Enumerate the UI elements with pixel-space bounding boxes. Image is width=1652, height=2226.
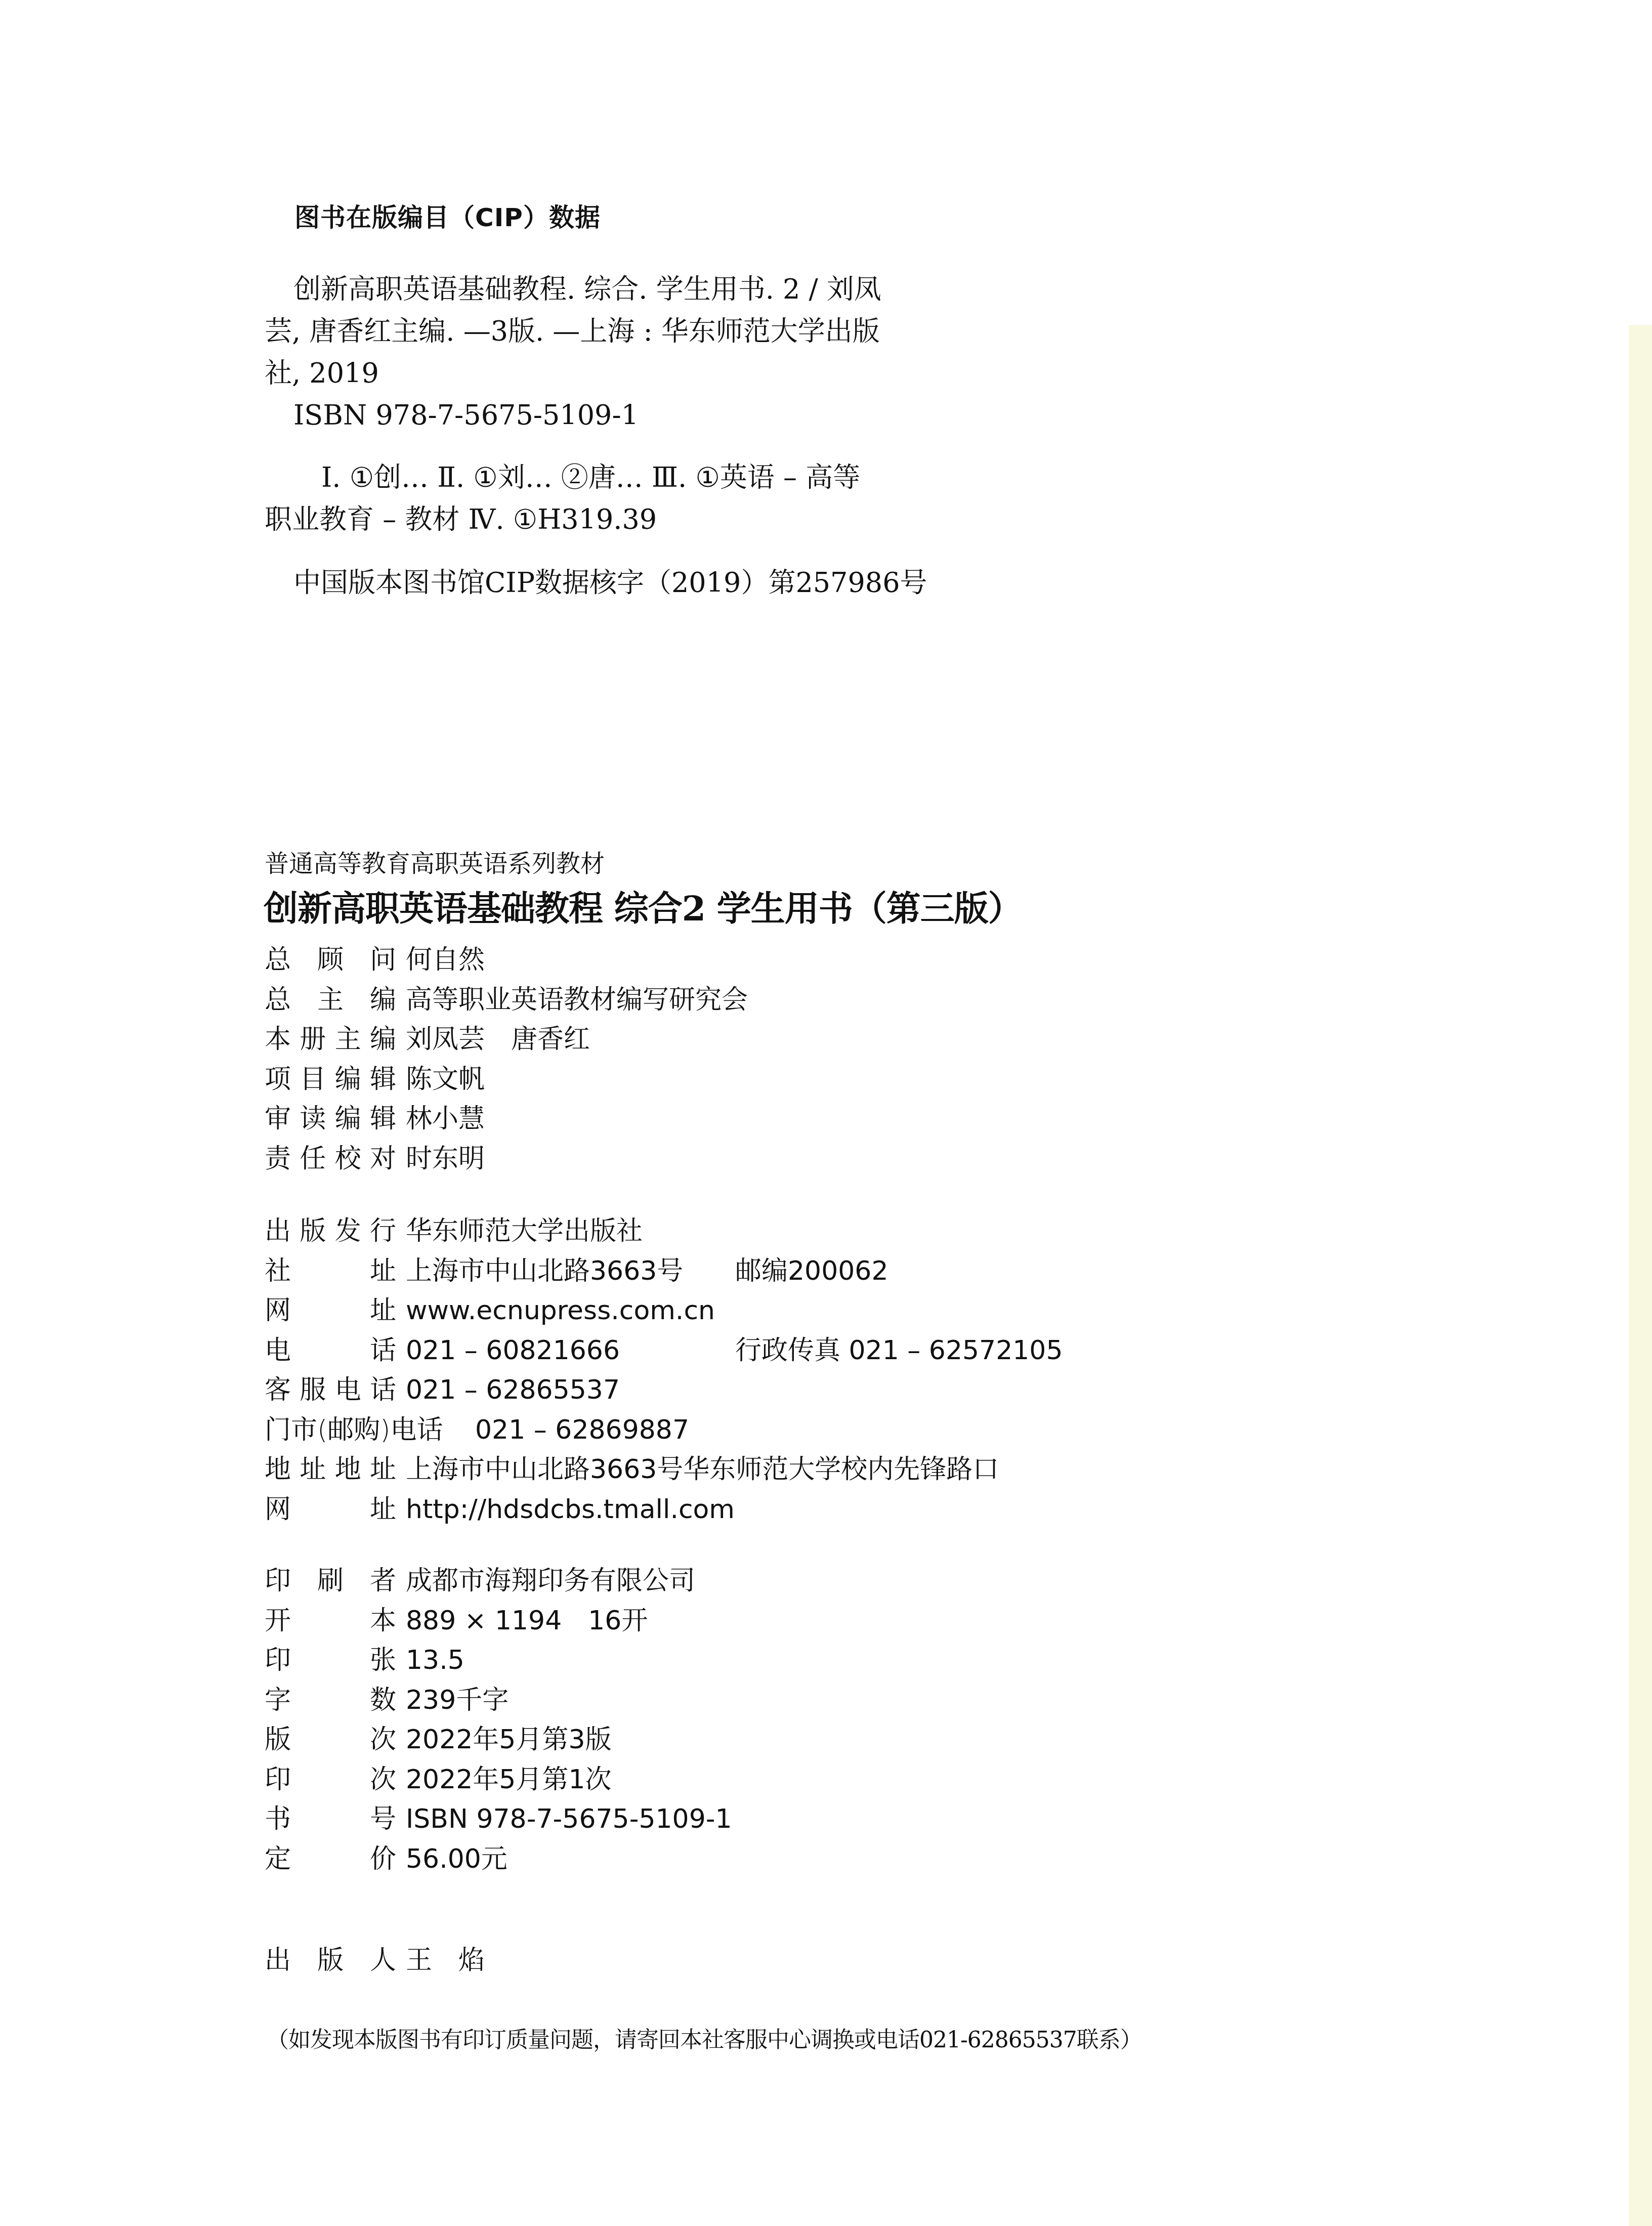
publisher-value: 华东师范大学出版社 bbox=[406, 1211, 643, 1251]
print-value: 2022年5月第1次 bbox=[406, 1760, 612, 1799]
credit-label: 审读编辑 bbox=[265, 1099, 396, 1139]
print-value: 239千字 bbox=[406, 1681, 509, 1720]
publisher-label: 出版发行 bbox=[265, 1211, 396, 1251]
page-edge-strip bbox=[1629, 325, 1652, 2226]
credit-value: 林小慧 bbox=[406, 1099, 485, 1139]
credit-value: 高等职业英语教材编写研究会 bbox=[406, 980, 748, 1020]
credit-label: 责任校对 bbox=[265, 1139, 396, 1179]
print-label: 印张 bbox=[265, 1641, 396, 1680]
credit-label: 本册主编 bbox=[265, 1020, 396, 1059]
publisher-value: 021 – 62869887 bbox=[475, 1410, 689, 1450]
cip-classification: Ⅰ. ①创… Ⅱ. ①刘… ②唐… Ⅲ. ①英语 – 高等 职业教育 – 教材 … bbox=[265, 456, 907, 540]
price-value: 56.00元 bbox=[406, 1839, 507, 1879]
cip-description-line: 创新高职英语基础教程. 综合. 学生用书. 2 / 刘凤 bbox=[265, 268, 907, 310]
publisher-value: 021 – 60821666 bbox=[406, 1331, 620, 1370]
website-link[interactable]: www.ecnupress.com.cn bbox=[406, 1291, 715, 1330]
publisher-value: 021 – 62865537 bbox=[406, 1370, 620, 1410]
cip-classification-line: 职业教育 – 教材 Ⅳ. ①H319.39 bbox=[265, 498, 907, 540]
publisher-value: 上海市中山北路3663号 bbox=[406, 1251, 683, 1291]
postal-code: 邮编200062 bbox=[735, 1251, 888, 1291]
print-label: 开本 bbox=[265, 1601, 396, 1641]
isbn-value: ISBN 978-7-5675-5109-1 bbox=[406, 1799, 732, 1839]
publisher-label: 网址 bbox=[265, 1490, 396, 1529]
publisher-label: 网址 bbox=[265, 1291, 396, 1330]
cip-heading: 图书在版编目（CIP）数据 bbox=[294, 197, 601, 234]
print-label: 版次 bbox=[265, 1720, 396, 1759]
print-label: 字数 bbox=[265, 1681, 396, 1720]
publisher-value: 上海市中山北路3663号华东师范大学校内先锋路口 bbox=[406, 1450, 999, 1489]
book-title: 创新高职英语基础教程 综合2 学生用书（第三版） bbox=[264, 881, 1022, 931]
credit-label: 项目编辑 bbox=[265, 1060, 396, 1099]
quality-notice-footnote: （如发现本版图书有印订质量问题，请寄回本社客服中心调换或电话021-628655… bbox=[267, 2022, 1142, 2054]
credit-value: 刘凤芸 唐香红 bbox=[406, 1020, 590, 1059]
online-store-link[interactable]: http://hdsdcbs.tmall.com bbox=[406, 1490, 735, 1529]
publisher-label: 客服电话 bbox=[265, 1370, 396, 1410]
publisher-label: 地址地址 bbox=[265, 1450, 396, 1489]
publisher-person-name: 王 焰 bbox=[406, 1941, 485, 1980]
cip-verification: 中国版本图书馆CIP数据核字（2019）第257986号 bbox=[265, 562, 907, 604]
cip-description: 创新高职英语基础教程. 综合. 学生用书. 2 / 刘凤 芸, 唐香红主编. —… bbox=[265, 268, 907, 436]
cip-isbn-line: ISBN 978-7-5675-5109-1 bbox=[265, 394, 907, 436]
print-value: 889 × 1194 16开 bbox=[406, 1601, 648, 1641]
print-label: 定价 bbox=[265, 1839, 396, 1879]
print-value: 成都市海翔印务有限公司 bbox=[406, 1561, 695, 1601]
publisher-person-label: 出版人 bbox=[265, 1941, 396, 1980]
admin-fax: 行政传真 021 – 62572105 bbox=[735, 1331, 1063, 1370]
print-label: 书号 bbox=[265, 1799, 396, 1839]
print-label: 印次 bbox=[265, 1760, 396, 1799]
series-name: 普通高等教育高职英语系列教材 bbox=[265, 844, 605, 879]
cip-description-line: 芸, 唐香红主编. —3版. —上海 : 华东师范大学出版 bbox=[265, 310, 907, 352]
credit-label: 总主编 bbox=[265, 980, 396, 1020]
print-label: 印刷者 bbox=[265, 1561, 396, 1601]
print-value: 13.5 bbox=[406, 1641, 464, 1680]
credit-value: 陈文帆 bbox=[406, 1060, 485, 1099]
publisher-label: 电话 bbox=[265, 1331, 396, 1370]
credit-value: 何自然 bbox=[406, 940, 485, 980]
publisher-label: 社址 bbox=[265, 1251, 396, 1291]
cip-classification-line: Ⅰ. ①创… Ⅱ. ①刘… ②唐… Ⅲ. ①英语 – 高等 bbox=[265, 456, 907, 498]
publisher-label: 门市(邮购)电话 bbox=[265, 1410, 443, 1450]
print-value: 2022年5月第3版 bbox=[406, 1720, 612, 1759]
credit-label: 总顾问 bbox=[265, 940, 396, 980]
cip-description-line: 社, 2019 bbox=[265, 352, 907, 394]
credit-value: 时东明 bbox=[406, 1139, 485, 1179]
